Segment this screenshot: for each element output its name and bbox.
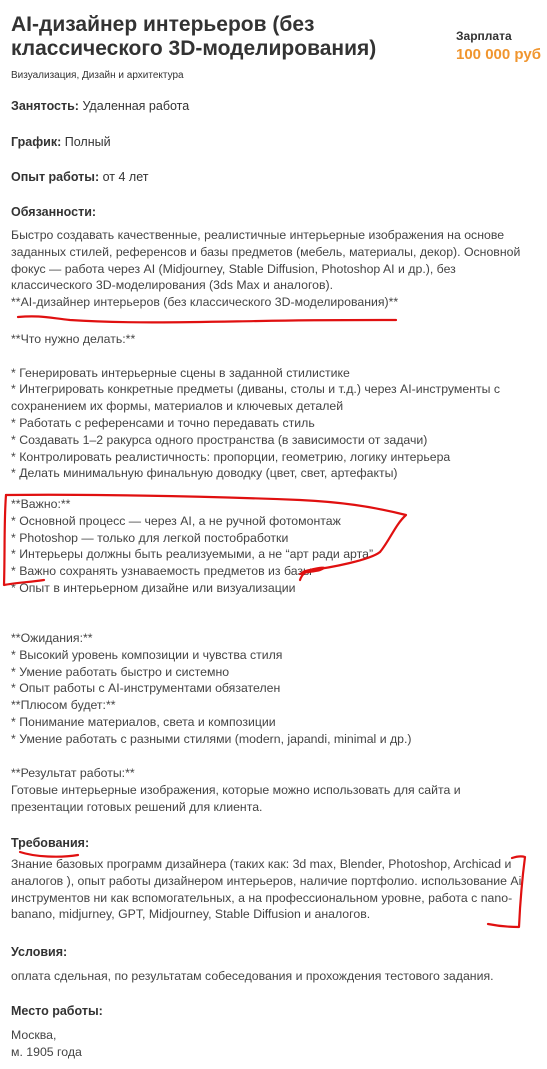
duties-result: **Результат работы:** Готовые интерьерны… (11, 765, 536, 815)
schedule-field: График: Полный (11, 134, 111, 150)
vacancy-title: AI-дизайнер интерьеров (без классическог… (11, 13, 431, 61)
experience-value: от 4 лет (103, 170, 149, 184)
underline-annotation (18, 316, 396, 322)
duties-plus: **Плюсом будет:** * Понимание материалов… (11, 697, 536, 747)
salary-label: Зарплата (456, 29, 541, 43)
requirements-text: Знание базовых программ дизайнера (таких… (11, 856, 536, 923)
conditions-title: Условия: (11, 944, 67, 960)
employment-field: Занятость: Удаленная работа (11, 98, 189, 114)
duties-expectations: **Ожидания:** * Высокий уровень композиц… (11, 630, 536, 697)
experience-field: Опыт работы: от 4 лет (11, 169, 148, 185)
experience-label: Опыт работы: (11, 170, 99, 184)
vacancy-category: Визуализация, Дизайн и архитектура (11, 70, 184, 81)
duties-important: **Важно:** * Основной процесс — через AI… (11, 496, 536, 597)
employment-label: Занятость: (11, 99, 79, 113)
duties-title: Обязанности: (11, 204, 96, 220)
duties-what-to-do: **Что нужно делать:** * Генерировать инт… (11, 331, 536, 482)
workplace-title: Место работы: (11, 1003, 103, 1019)
duties-intro: Быстро создавать качественные, реалистич… (11, 227, 536, 311)
employment-value: Удаленная работа (82, 99, 189, 113)
requirements-title: Требования: (11, 835, 89, 851)
schedule-value: Полный (65, 135, 111, 149)
schedule-label: График: (11, 135, 61, 149)
workplace-city: Москва, (11, 1027, 536, 1044)
conditions-text: оплата сдельная, по результатам собеседо… (11, 968, 536, 985)
workplace-metro: м. 1905 года (11, 1044, 536, 1061)
salary-block: Зарплата 100 000 руб (456, 29, 541, 65)
salary-value: 100 000 руб (456, 45, 541, 65)
